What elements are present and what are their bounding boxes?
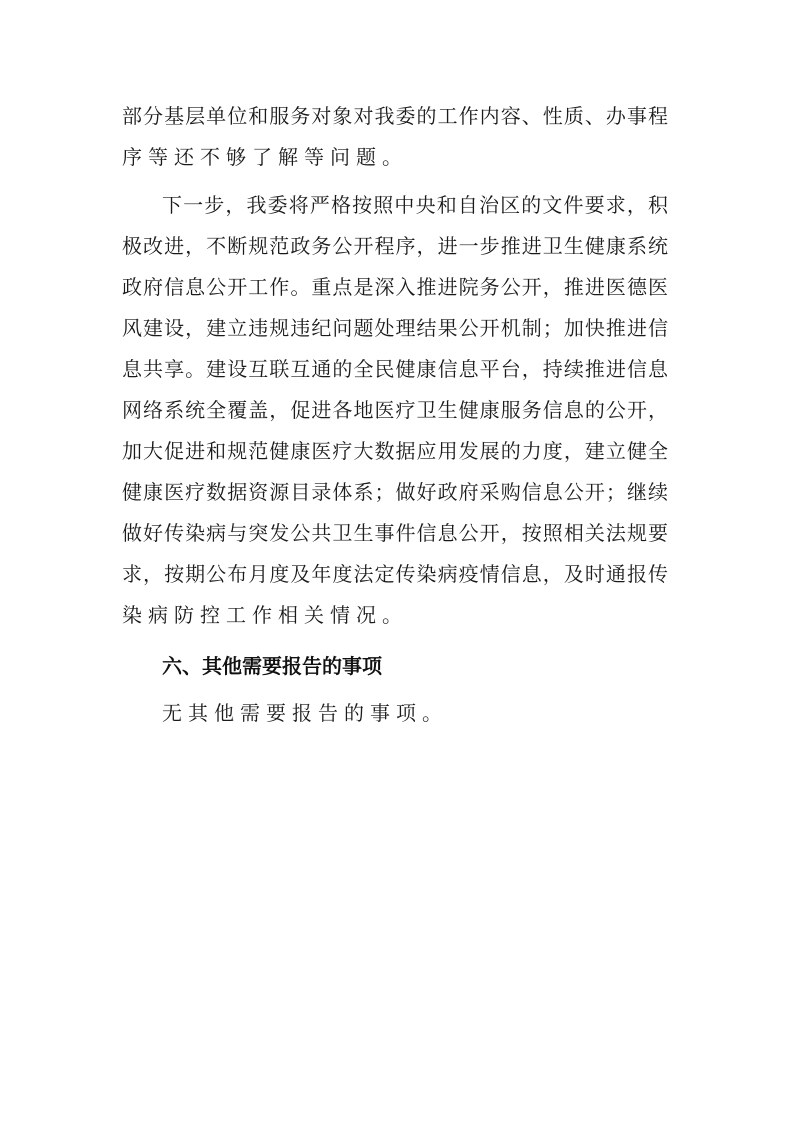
paragraph-2-line-11: 染病防控工作相关情况。	[122, 600, 668, 630]
paragraph-2-line-9: 做好传染病与突发公共卫生事件信息公开，按照相关法规要	[122, 518, 668, 548]
paragraph-1-line-2: 序等还不够了解等问题。	[122, 142, 668, 172]
paragraph-2-line-4: 风建设，建立违规违纪问题处理结果公开机制；加快推进信	[122, 313, 668, 343]
paragraph-2-line-10: 求，按期公布月度及年度法定传染病疫情信息，及时通报传	[122, 559, 668, 589]
section-6-heading: 六、其他需要报告的事项	[162, 651, 382, 681]
paragraph-2-line-6: 网络系统全覆盖，促进各地医疗卫生健康服务信息的公开，	[122, 395, 668, 425]
paragraph-2-line-1: 下一步，我委将严格按照中央和自治区的文件要求，积	[162, 190, 668, 220]
paragraph-1-line-1: 部分基层单位和服务对象对我委的工作内容、性质、办事程	[122, 101, 668, 131]
document-page: 部分基层单位和服务对象对我委的工作内容、性质、办事程 序等还不够了解等问题。 下…	[0, 0, 793, 1122]
paragraph-2-line-3: 政府信息公开工作。重点是深入推进院务公开，推进医德医	[122, 272, 668, 302]
paragraph-2-line-8: 健康医疗数据资源目录体系；做好政府采购信息公开；继续	[122, 477, 668, 507]
paragraph-2-line-5: 息共享。建设互联互通的全民健康信息平台，持续推进信息	[122, 354, 668, 384]
paragraph-2-line-2: 极改进，不断规范政务公开程序，进一步推进卫生健康系统	[122, 231, 668, 261]
paragraph-2-line-7: 加大促进和规范健康医疗大数据应用发展的力度，建立健全	[122, 436, 668, 466]
section-6-body: 无其他需要报告的事项。	[162, 698, 448, 728]
